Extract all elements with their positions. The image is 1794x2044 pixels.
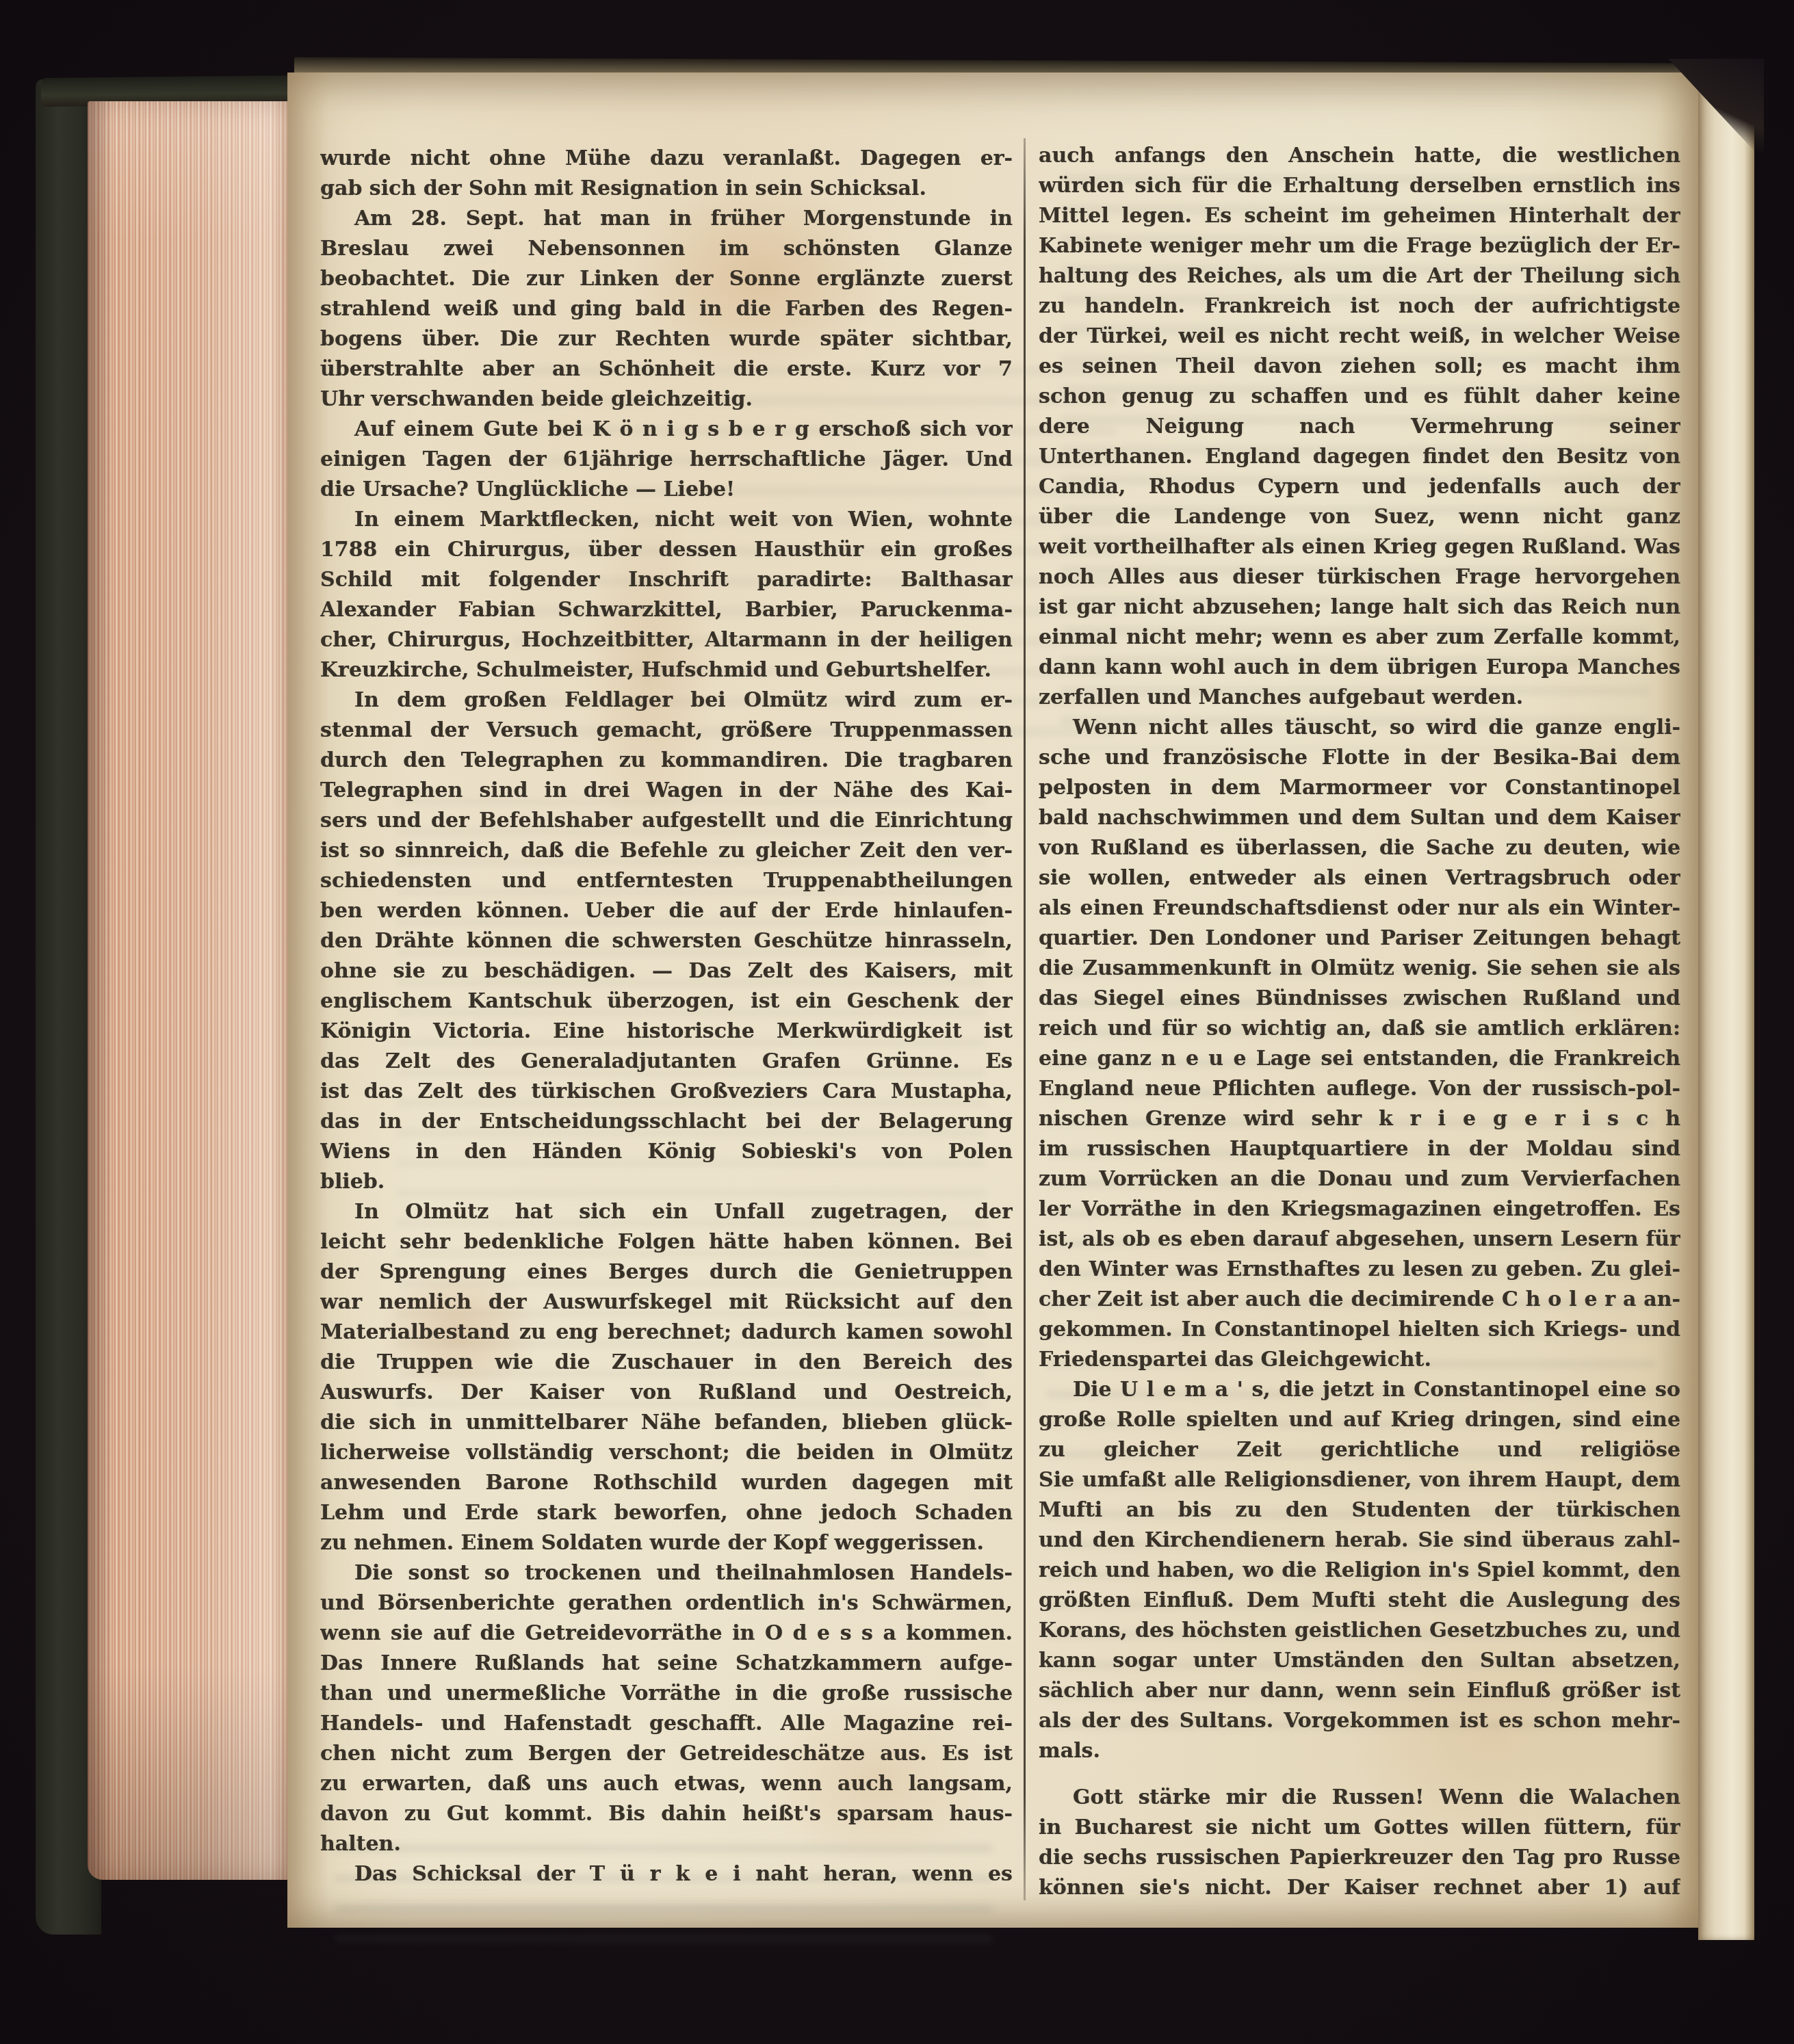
text-line: leicht sehr bedenkliche Folgen hätte hab… xyxy=(320,1227,1013,1257)
text-line: Mittel legen. Es scheint im geheimen Hin… xyxy=(1039,201,1680,231)
text-line: In dem großen Feldlager bei Olmütz wird … xyxy=(320,685,1013,716)
text-line: nischen Grenze wird sehr k r i e g e r i… xyxy=(1039,1104,1680,1134)
text-line: reich und für so wichtig an, daß sie amt… xyxy=(1039,1014,1680,1044)
text-line: Das Schicksal der T ü r k e i naht heran… xyxy=(320,1859,1013,1889)
text-line: kann sogar unter Umständen den Sultan ab… xyxy=(1039,1646,1680,1676)
text-line: in Bucharest sie nicht um Gottes willen … xyxy=(1039,1813,1680,1843)
text-line: große Rolle spielten und auf Krieg dring… xyxy=(1039,1405,1680,1435)
text-line: zu nehmen. Einem Soldaten wurde der Kopf… xyxy=(320,1528,1013,1558)
text-line: Kreuzkirche, Schulmeister, Hufschmid und… xyxy=(320,655,1013,685)
text-line: Schild mit folgender Inschrift paradirte… xyxy=(320,565,1013,595)
text-line: gab sich der Sohn mit Resignation in sei… xyxy=(320,174,1013,204)
text-line: die Zusammenkunft in Olmütz wenig. Sie s… xyxy=(1039,954,1680,984)
text-line: beobachtet. Die zur Linken der Sonne erg… xyxy=(320,264,1013,294)
text-line: wurde nicht ohne Mühe dazu veranlaßt. Da… xyxy=(320,144,1013,174)
text-line: sie wollen, entweder als einen Vertragsb… xyxy=(1039,863,1680,893)
text-line: Mufti an bis zu den Studenten der türkis… xyxy=(1039,1495,1680,1525)
text-line: Königin Victoria. Eine historische Merkw… xyxy=(320,1017,1013,1047)
text-line: noch Alles aus dieser türkischen Frage h… xyxy=(1039,562,1680,592)
text-line: Am 28. Sept. hat man in früher Morgenstu… xyxy=(320,204,1013,234)
gutter-fold xyxy=(1698,82,1754,1940)
text-line: das in der Entscheidungsschlacht bei der… xyxy=(320,1107,1013,1137)
text-line: zu handeln. Frankreich ist noch der aufr… xyxy=(1039,291,1680,322)
left-column: wurde nicht ohne Mühe dazu veranlaßt. Da… xyxy=(320,144,1013,1889)
text-line: Auf einem Gute bei K ö n i g s b e r g e… xyxy=(320,415,1013,445)
text-line: ohne sie zu beschädigen. — Das Zelt des … xyxy=(320,956,1013,986)
text-line: können sie's nicht. Der Kaiser rechnet a… xyxy=(1039,1873,1680,1903)
text-line: die Ursache? Unglückliche — Liebe! xyxy=(320,475,1013,505)
text-line: stenmal der Versuch gemacht, größere Tru… xyxy=(320,716,1013,746)
text-line: von Rußland es überlassen, die Sache zu … xyxy=(1039,833,1680,863)
text-line: und Börsenberichte gerathen ordentlich i… xyxy=(320,1588,1013,1619)
text-line: Materialbestand zu eng berechnet; dadurc… xyxy=(320,1318,1013,1348)
text-line: Auswurfs. Der Kaiser von Rußland und Oes… xyxy=(320,1378,1013,1408)
text-line: im russischen Hauptquartiere in der Mold… xyxy=(1039,1134,1680,1164)
text-line: sche und französische Flotte in der Besi… xyxy=(1039,743,1680,773)
text-line: den Winter was Ernsthaftes zu lesen zu g… xyxy=(1039,1255,1680,1285)
text-line: England neue Pflichten auflege. Von der … xyxy=(1039,1074,1680,1104)
text-line: englischem Kantschuk überzogen, ist ein … xyxy=(320,986,1013,1017)
text-line: In einem Marktflecken, nicht weit von Wi… xyxy=(320,505,1013,535)
text-line: Breslau zwei Nebensonnen im schönsten Gl… xyxy=(320,234,1013,264)
text-line: quartier. Den Londoner und Pariser Zeitu… xyxy=(1039,923,1680,954)
text-line: chen nicht zum Bergen der Getreideschätz… xyxy=(320,1739,1013,1769)
text-line: und den Kirchendienern herab. Sie sind ü… xyxy=(1039,1525,1680,1556)
text-line: Die U l e m a ' s, die jetzt in Constant… xyxy=(1039,1375,1680,1405)
text-line: reich und haben, wo die Religion in's Sp… xyxy=(1039,1556,1680,1586)
text-line: eine ganz n e u e Lage sei entstanden, d… xyxy=(1039,1044,1680,1074)
text-line: ler Vorräthe in den Kriegsmagazinen eing… xyxy=(1039,1194,1680,1224)
text-line: gekommen. In Constantinopel hielten sich… xyxy=(1039,1315,1680,1345)
text-line: davon zu Gut kommt. Bis dahin heißt's sp… xyxy=(320,1799,1013,1829)
text-line: halten. xyxy=(320,1829,1013,1859)
column-divider-rule xyxy=(1024,138,1026,1900)
page-surface: wurde nicht ohne Mühe dazu veranlaßt. Da… xyxy=(287,73,1698,1928)
text-line: licherweise vollständig verschont; die b… xyxy=(320,1438,1013,1468)
text-line: wenn sie auf die Getreidevorräthe in O d… xyxy=(320,1619,1013,1649)
text-line: zerfallen und Manches aufgebaut werden. xyxy=(1039,683,1680,713)
text-line: Friedenspartei das Gleichgewicht. xyxy=(1039,1345,1680,1375)
text-line: haltung des Reiches, als um die Art der … xyxy=(1039,261,1680,291)
text-line: dere Neigung nach Vermehrung seiner muse… xyxy=(1039,412,1680,442)
text-line: war nemlich der Auswurfskegel mit Rücksi… xyxy=(320,1287,1013,1318)
text-line: strahlend weiß und ging bald in die Farb… xyxy=(320,294,1013,324)
text-line: überstrahlte aber an Schönheit die erste… xyxy=(320,354,1013,384)
text-line: als einen Freundschaftsdienst oder nur a… xyxy=(1039,893,1680,923)
text-line: zu gleicher Zeit gerichtliche und religi… xyxy=(1039,1435,1680,1465)
text-line: ist so sinnreich, daß die Befehle zu gle… xyxy=(320,836,1013,866)
text-line: zum Vorrücken an die Donau und zum Vervi… xyxy=(1039,1164,1680,1194)
text-line: anwesenden Barone Rothschild wurden dage… xyxy=(320,1468,1013,1498)
text-line: ist gar nicht abzusehen; lange halt sich… xyxy=(1039,592,1680,623)
text-line: Das Innere Rußlands hat seine Schatzkamm… xyxy=(320,1649,1013,1679)
text-line: blieb. xyxy=(320,1167,1013,1197)
text-line: Lehm und Erde stark beworfen, ohne jedoc… xyxy=(320,1498,1013,1528)
text-line: Sie umfaßt alle Religionsdiener, von ihr… xyxy=(1039,1465,1680,1495)
text-line: auch anfangs den Anschein hatte, die wes… xyxy=(1039,141,1680,171)
text-line: dann kann wohl auch in dem übrigen Europ… xyxy=(1039,653,1680,683)
text-line: Korans, des höchsten geistlichen Gesetzb… xyxy=(1039,1616,1680,1646)
text-line: bogens über. Die zur Rechten wurde späte… xyxy=(320,324,1013,354)
text-line: durch den Telegraphen zu kommandiren. Di… xyxy=(320,746,1013,776)
page-stack-fore-edge xyxy=(88,101,297,1880)
text-line: als der des Sultans. Vorgekommen ist es … xyxy=(1039,1706,1680,1736)
text-line: ist, als ob es eben darauf abgesehen, un… xyxy=(1039,1224,1680,1255)
text-line: der Türkei, weil es nicht recht weiß, in… xyxy=(1039,322,1680,352)
text-line: Telegraphen sind in drei Wagen in der Nä… xyxy=(320,776,1013,806)
text-line: Handels- und Hafenstadt geschafft. Alle … xyxy=(320,1709,1013,1739)
scanned-book-page: wurde nicht ohne Mühe dazu veranlaßt. Da… xyxy=(0,0,1794,2044)
text-line: Kabinete weniger mehr um die Frage bezüg… xyxy=(1039,231,1680,261)
text-line: Uhr verschwanden beide gleichzeitig. xyxy=(320,384,1013,415)
text-line: zu erwarten, daß uns auch etwas, wenn au… xyxy=(320,1769,1013,1799)
right-column: auch anfangs den Anschein hatte, die wes… xyxy=(1039,141,1680,1903)
text-line: es seinen Theil davon ziehen soll; es ma… xyxy=(1039,352,1680,382)
text-line: bald nachschwimmen und dem Sultan und de… xyxy=(1039,803,1680,833)
text-line: cher, Chirurgus, Hochzeitbitter, Altarma… xyxy=(320,625,1013,655)
text-line: schon genug zu schaffen und es fühlt dah… xyxy=(1039,382,1680,412)
text-line: größten Einfluß. Dem Mufti steht die Aus… xyxy=(1039,1586,1680,1616)
text-line: Wiens in den Händen König Sobieski's von… xyxy=(320,1137,1013,1167)
text-line: mals. xyxy=(1039,1736,1680,1766)
text-line: einmal nicht mehr; wenn es aber zum Zerf… xyxy=(1039,623,1680,653)
text-line: die sechs russischen Papierkreuzer den T… xyxy=(1039,1843,1680,1873)
text-line: weit vortheilhafter als einen Krieg gege… xyxy=(1039,532,1680,562)
text-line: die Truppen wie die Zuschauer in den Ber… xyxy=(320,1348,1013,1378)
text-line: den Drähte können die schwersten Geschüt… xyxy=(320,926,1013,956)
text-line: ist das Zelt des türkischen Großveziers … xyxy=(320,1077,1013,1107)
text-line: Alexander Fabian Schwarzkittel, Barbier,… xyxy=(320,595,1013,625)
text-line: sächlich aber nur dann, wenn sein Einflu… xyxy=(1039,1676,1680,1706)
text-line: Gott stärke mir die Russen! Wenn die Wal… xyxy=(1039,1783,1680,1813)
text-line: sers und der Befehlshaber aufgestellt un… xyxy=(320,806,1013,836)
text-line: das Zelt des Generaladjutanten Grafen Gr… xyxy=(320,1047,1013,1077)
text-line: der Sprengung eines Berges durch die Gen… xyxy=(320,1257,1013,1287)
text-line: In Olmütz hat sich ein Unfall zugetragen… xyxy=(320,1197,1013,1227)
text-line: würden sich für die Erhaltung derselben … xyxy=(1039,171,1680,201)
text-line: über die Landenge von Suez, wenn nicht g… xyxy=(1039,502,1680,532)
text-line: Wenn nicht alles täuscht, so wird die ga… xyxy=(1039,713,1680,743)
text-line: die sich in unmittelbarer Nähe befanden,… xyxy=(320,1408,1013,1438)
text-line: Candia, Rhodus Cypern und jedenfalls auc… xyxy=(1039,472,1680,502)
text-line: Die sonst so trockenen und theilnahmlose… xyxy=(320,1558,1013,1588)
text-line: pelposten in dem Marmormeer vor Constant… xyxy=(1039,773,1680,803)
text-line: schiedensten und entferntesten Truppenab… xyxy=(320,866,1013,896)
text-line: cher Zeit ist aber auch die decimirende … xyxy=(1039,1285,1680,1315)
text-line: than und unermeßliche Vorräthe in die gr… xyxy=(320,1679,1013,1709)
text-line: Unterthanen. England dagegen findet den … xyxy=(1039,442,1680,472)
text-line: das Siegel eines Bündnisses zwischen Ruß… xyxy=(1039,984,1680,1014)
text-line: ben werden können. Ueber die auf der Erd… xyxy=(320,896,1013,926)
text-line: 1788 ein Chirurgus, über dessen Hausthür… xyxy=(320,535,1013,565)
text-line: einigen Tagen der 61jährige herrschaftli… xyxy=(320,445,1013,475)
